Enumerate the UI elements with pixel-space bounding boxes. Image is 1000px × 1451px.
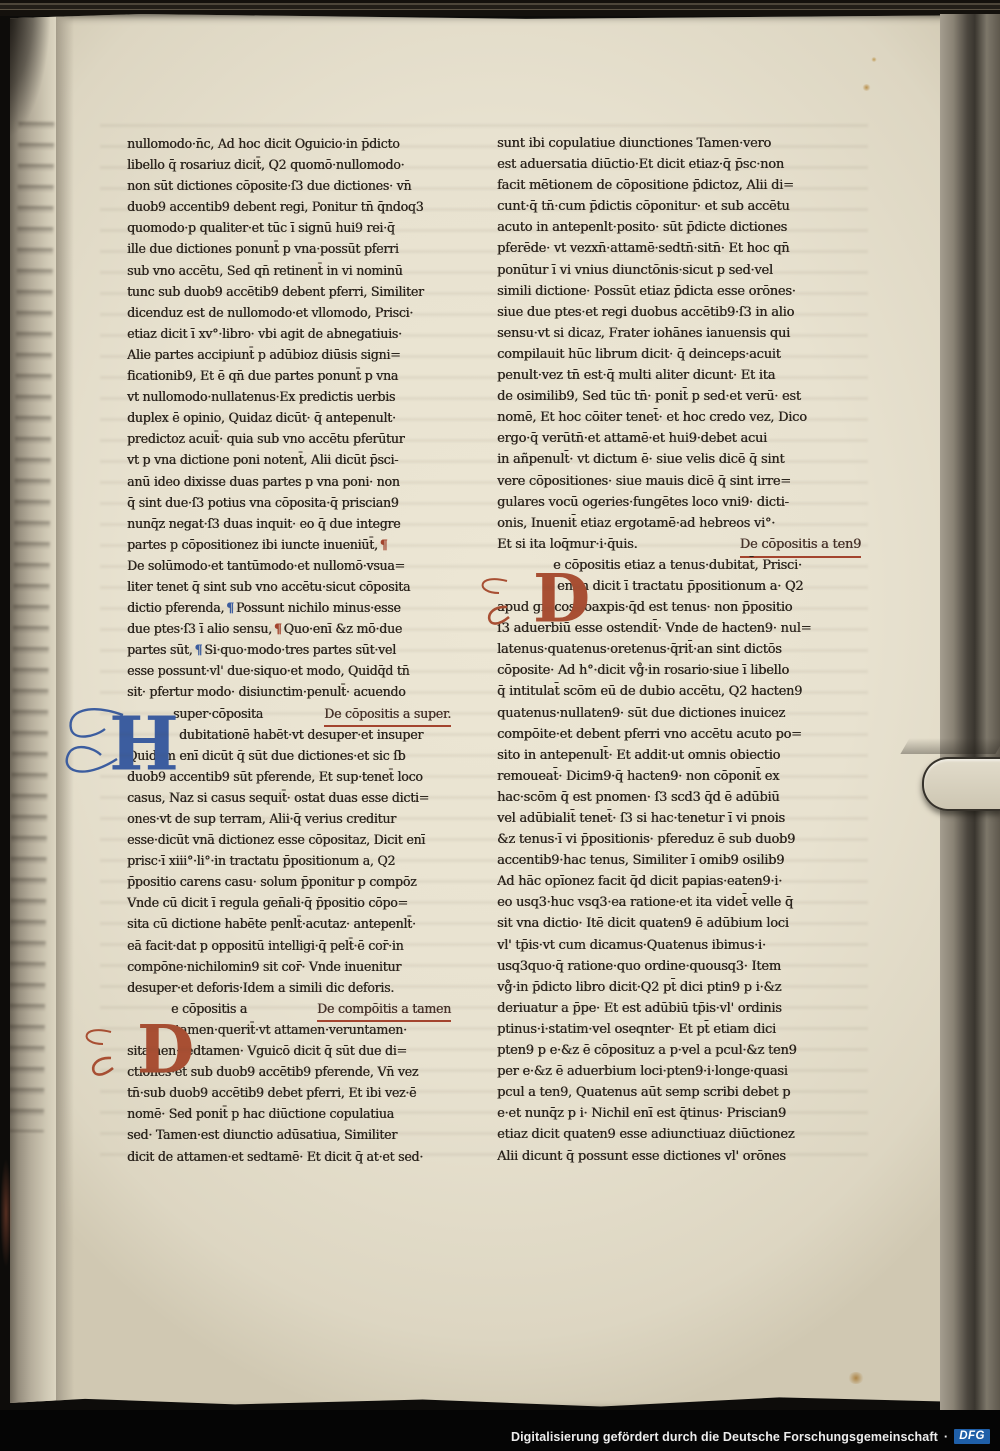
- body-text: pcul a ten9, Quatenus aūt semp scribi de…: [497, 1082, 790, 1103]
- body-text: predictoz acuit̄· quia sub vno accētu pf…: [127, 428, 404, 449]
- body-text: tunc sub duob9 accētib9 debent pferri, S…: [127, 281, 424, 302]
- body-text: penult·vez tn̄ est·q̄ multi aliter dicun…: [497, 365, 775, 386]
- text-line: cōposite· Ad h°·dicit vg̊·in rosario·siu…: [497, 660, 861, 681]
- body-text: Quo·enī &z mō·due: [284, 618, 402, 639]
- body-text: super·cōposita: [173, 703, 263, 724]
- body-text: partes p cōpositionez ibi iuncte inueniū…: [127, 534, 378, 555]
- body-text: De solūmodo·et tantūmodo·et nullomō·vsua…: [127, 555, 405, 576]
- body-text: Alie partes accipiunt̄ p adūbioz diūsis …: [127, 344, 400, 365]
- body-text: vere cōpositiones· siue mauis dicē q̄ si…: [497, 471, 791, 492]
- body-text: est aduersatia diūctio·Et dicit etiaz·q̄…: [497, 154, 784, 175]
- body-text: simili dictione· Possūt etiaz p̄dicta es…: [497, 281, 796, 302]
- text-line: quatenus·nullaten9· sūt due dictiones in…: [497, 703, 861, 724]
- body-text: non sūt dictiones cōposite·ſ3 due dictio…: [127, 175, 411, 196]
- body-text: siue due ptes·et regi duobus accētib9·ſ3…: [497, 302, 794, 323]
- text-line: p̄positio carens casu· solum p̄ponitur p…: [127, 871, 451, 892]
- text-line: ergo·q̄ verūtn̄·et attamē·et hui9·debet …: [497, 428, 861, 449]
- body-text: esse possunt·vl' due·siquo·et modo, Quid…: [127, 660, 409, 681]
- body-text: quomodo·p qualiter·et tūc ī signū hui9 r…: [127, 217, 395, 238]
- body-text: p̄positio carens casu· solum p̄ponitur p…: [127, 871, 416, 892]
- text-line: ficationib9, Et ē qn̄ due partes ponunt̄…: [127, 365, 451, 386]
- text-line: acuto in antepenlt·posito· sūt p̄dicte d…: [497, 217, 861, 238]
- text-line: apud grecos toaxpis·q̄d est tenus· non p…: [497, 597, 861, 618]
- text-line: vt p vna dictione poni notent̄, Alii dic…: [127, 449, 451, 470]
- text-line: predictoz acuit̄· quia sub vno accētu pf…: [127, 428, 451, 449]
- text-line: super·cōpositaDe cōpositis a super.: [127, 703, 451, 724]
- body-text: &z tenus·ī vi p̄positionis· pfereduz ē s…: [497, 829, 795, 850]
- text-line: etiaz dicit ī xv°·libro· vbi agit de abn…: [127, 323, 451, 344]
- text-line: ptinus·i·statim·vel oseqnter· Et pt̄ eti…: [497, 1019, 861, 1040]
- text-line: nomē, Et hoc cōiter tenet̄· et hoc credo…: [497, 407, 861, 428]
- body-text: prisc·ī xiii°·li°·in tractatu p̄position…: [127, 850, 395, 871]
- body-text: usq3quo·q̄ ratione·quo ordine·quousq3· I…: [497, 956, 781, 977]
- body-text: partes sūt,: [127, 639, 192, 660]
- text-line: per e·&z ē aduerbium loci·pten9·i·longe·…: [497, 1061, 861, 1082]
- clip-shadow: [900, 738, 1000, 754]
- text-line: esse possunt·vl' due·siquo·et modo, Quid…: [127, 660, 451, 681]
- text-line: duob9 accentib9 debent regi, Ponitur tn̄…: [127, 196, 451, 217]
- body-text: e cōpositis etiaz a tenus·dubitat̄, Pris…: [553, 555, 802, 576]
- text-line: sub vno accētu, Sed qn̄ retinent̄ in vi …: [127, 260, 451, 281]
- text-line: tamen·querit̄·vt attamen·veruntamen·: [127, 1019, 451, 1040]
- text-column-right: sunt ibi copulatiue diunctiones Tamen·ve…: [497, 133, 861, 1167]
- body-text: ponūtur ī vi vnius diunctōnis·sicut p se…: [497, 260, 773, 281]
- text-line: libello q̄ rosariuz dicit̄, Q2 quomō·nul…: [127, 154, 451, 175]
- body-text: sub vno accētu, Sed qn̄ retinent̄ in vi …: [127, 260, 403, 281]
- body-text: libello q̄ rosariuz dicit̄, Q2 quomō·nul…: [127, 154, 404, 175]
- text-line: Alii dicunt q̄ possunt esse dictiones vl…: [497, 1146, 861, 1167]
- body-text: pferēde· vt vezxn̄·attamē·sedtn̄·sitn̄· …: [497, 238, 789, 259]
- text-line: sit vna dictio· Itē dicit quaten9 ē adūb…: [497, 913, 861, 934]
- text-line: dubitationē habēt·vt desuper·et insuper: [127, 724, 451, 745]
- text-line: de osimilib9, Sed tūc tn̄· ponit̄ p sed·…: [497, 386, 861, 407]
- body-text: ones·vt de sup terram, Alii·q̄ verius cr…: [127, 808, 396, 829]
- page-holder-clip: [922, 757, 1000, 811]
- text-line: vt nullomodo·nullatenus·Ex predictis uer…: [127, 386, 451, 407]
- body-text: sita cū dictione habēte penlt̄·acutaz· a…: [127, 913, 416, 934]
- text-line: vel adūbialit̄ tenet̄· ſ3 si hac·tenetur…: [497, 808, 861, 829]
- text-line: tunc sub duob9 accētib9 debent pferri, S…: [127, 281, 451, 302]
- text-line: compōite·et debent pferri vno accētu acu…: [497, 724, 861, 745]
- body-text: latenus·quatenus·oretenus·q̄rit̄·an sint…: [497, 639, 782, 660]
- body-text: hac·scōm q̄ est pnomen· ſ3 scd3 q̄d ē ad…: [497, 787, 779, 808]
- body-text: Si·quo·modo·tres partes sūt·vel: [204, 639, 396, 660]
- text-line: latenus·quatenus·oretenus·q̄rit̄·an sint…: [497, 639, 861, 660]
- body-text: sit· pfertur modo· disiunctim·penult̄· a…: [127, 681, 405, 702]
- body-text: q̄ sint due·ſ3 potius vna cōposita·q̄ pr…: [127, 492, 399, 513]
- text-line: due ptes·ſ3 ī alio sensu,¶Quo·enī &z mō·…: [127, 618, 451, 639]
- text-line: sit· pfertur modo· disiunctim·penult̄· a…: [127, 681, 451, 702]
- text-line: Quidam enī dicūt q̄ sūt due dictiones·et…: [127, 745, 451, 766]
- body-text: ſ3 aduerbiū esse ostendit̄· Vnde de hact…: [497, 618, 811, 639]
- text-line: hac·scōm q̄ est pnomen· ſ3 scd3 q̄d ē ad…: [497, 787, 861, 808]
- text-line: remoueat̄· Dicim9·q̄ hacten9· non cōponi…: [497, 766, 861, 787]
- body-text: duob9 accentib9 debent regi, Ponitur tn̄…: [127, 196, 423, 217]
- body-text: Et si ita loq̄mur·i·q̄uis.: [497, 534, 637, 555]
- body-text: quatenus·nullaten9· sūt due dictiones in…: [497, 703, 785, 724]
- pilcrow-mark: ¶: [272, 618, 284, 639]
- body-text: de osimilib9, Sed tūc tn̄· ponit̄ p sed·…: [497, 386, 801, 407]
- body-text: eā facit·dat p oppositū intelligi·q̄ pel…: [127, 935, 403, 956]
- body-text: compōite·et debent pferri vno accētu acu…: [497, 724, 802, 745]
- pilcrow-mark: ¶: [378, 534, 390, 555]
- text-line: sita cū dictione habēte penlt̄·acutaz· a…: [127, 913, 451, 934]
- body-text: onis, Inuenit̄ etiaz ergotamē·ad hebreos…: [497, 513, 775, 534]
- body-text: ergo·q̄ verūtn̄·et attamē·et hui9·debet …: [497, 428, 767, 449]
- text-line: eo usq3·huc vsq3·ea ratione·et ita videt…: [497, 892, 861, 913]
- body-text: Vnde cū dicit ī regula gen̄ali·q̄ p̄posi…: [127, 892, 408, 913]
- body-text: q̄ intitulat̄ scōm eū de dubio accētu, Q…: [497, 681, 802, 702]
- body-text: gulares vocū ogeries·fungētes loco vni9·…: [497, 492, 789, 513]
- body-text: vl' tp̄is·vt cum dicamus·Quatenus ibimus…: [497, 935, 766, 956]
- body-text: compilauit hūc librum dicit· q̄ deinceps…: [497, 344, 781, 365]
- text-line: duplex ē opinio, Quidaz dicūt· q̄ antepe…: [127, 407, 451, 428]
- text-line: sunt ibi copulatiue diunctiones Tamen·ve…: [497, 133, 861, 154]
- text-line: sed· Tamen·est diunctio adūsatiua, Simil…: [127, 1124, 451, 1145]
- body-text: dictio pferenda,: [127, 597, 224, 618]
- body-text: duplex ē opinio, Quidaz dicūt· q̄ antepe…: [127, 407, 396, 428]
- body-text: accentib9·hac tenus, Similiter ī omib9 o…: [497, 850, 784, 871]
- text-line: etiaz dicit quaten9 esse adiunctiuaz diū…: [497, 1124, 861, 1145]
- text-line: partes sūt,¶Si·quo·modo·tres partes sūt·…: [127, 639, 451, 660]
- text-line: nomē· Sed ponit̄ p hac diūctione copulat…: [127, 1103, 451, 1124]
- digitization-credit: Digitalisierung gefördert durch die Deut…: [511, 1429, 990, 1444]
- body-text: sunt ibi copulatiue diunctiones Tamen·ve…: [497, 133, 771, 154]
- credit-separator: ·: [944, 1429, 948, 1444]
- body-text: eo usq3·huc vsq3·ea ratione·et ita videt…: [497, 892, 793, 913]
- body-text: anū ideo dixisse duas partes p vna poni·…: [127, 471, 400, 492]
- text-line: sito in antepenult̄· Et addit·ut omnis o…: [497, 745, 861, 766]
- text-line: compilauit hūc librum dicit· q̄ deinceps…: [497, 344, 861, 365]
- body-text: esse·dicūt vnā dictionez esse cōpositaz,…: [127, 829, 425, 850]
- body-text: dubitationē habēt·vt desuper·et insuper: [179, 724, 423, 745]
- credit-text: Digitalisierung gefördert durch die Deut…: [511, 1430, 938, 1444]
- text-line: siue due ptes·et regi duobus accētib9·ſ3…: [497, 302, 861, 323]
- body-text: casus, Naz si casus sequit̄· ostat duas …: [127, 787, 429, 808]
- text-line: accentib9·hac tenus, Similiter ī omib9 o…: [497, 850, 861, 871]
- body-text: sito in antepenult̄· Et addit·ut omnis o…: [497, 745, 780, 766]
- text-line: De solūmodo·et tantūmodo·et nullomō·vsua…: [127, 555, 451, 576]
- text-line: ſ3 aduerbiū esse ostendit̄· Vnde de hact…: [497, 618, 861, 639]
- body-text: facit mētionem de cōpositione p̄dictoz, …: [497, 175, 794, 196]
- text-line: nunq̄z negat·ſ3 duas inquit· eo q̄ due i…: [127, 513, 451, 534]
- body-text: vt nullomodo·nullatenus·Ex predictis uer…: [127, 386, 395, 407]
- body-text: compōne·nichilomin9 sit cor̄· Vnde inuen…: [127, 956, 401, 977]
- body-text: sit vna dictio· Itē dicit quaten9 ē adūb…: [497, 913, 789, 934]
- text-line: usq3quo·q̄ ratione·quo ordine·quousq3· I…: [497, 956, 861, 977]
- text-line: quomodo·p qualiter·et tūc ī signū hui9 r…: [127, 217, 451, 238]
- body-text: cōposite· Ad h°·dicit vg̊·in rosario·siu…: [497, 660, 789, 681]
- text-line: liter tenet q̄ sint sub vno accētu·sicut…: [127, 576, 451, 597]
- body-text: acuto in antepenlt·posito· sūt p̄dicte d…: [497, 217, 787, 238]
- text-line: ille due dictiones ponunt̄ p vna·possūt …: [127, 238, 451, 259]
- digitization-banner: Digitalisierung gefördert durch die Deut…: [0, 1410, 1000, 1451]
- body-text: nomē, Et hoc cōiter tenet̄· et hoc credo…: [497, 407, 807, 428]
- body-text: ctiones·et sub duob9 accētib9 pferende, …: [127, 1061, 418, 1082]
- body-text: tn̄·sub duob9 accētib9 debet pferri, Et …: [127, 1082, 416, 1103]
- text-line: pten9 p e·&z ē cōposituz a p·vel a pcul·…: [497, 1040, 861, 1061]
- body-text: Quidam enī dicūt q̄ sūt due dictiones·et…: [127, 745, 405, 766]
- pilcrow-mark: ¶: [224, 597, 236, 618]
- body-text: etiaz dicit ī xv°·libro· vbi agit de abn…: [127, 323, 402, 344]
- body-text: remoueat̄· Dicim9·q̄ hacten9· non cōponi…: [497, 766, 779, 787]
- text-line: onis, Inuenit̄ etiaz ergotamē·ad hebreos…: [497, 513, 861, 534]
- text-line: deriuatur a p̄pe· Et est adūbiū tp̄is·vl…: [497, 998, 861, 1019]
- body-text: desuper·et deforis·Idem a simili dic def…: [127, 977, 394, 998]
- body-text: apud grecos toaxpis·q̄d est tenus· non p…: [497, 597, 792, 618]
- body-text: deriuatur a p̄pe· Et est adūbiū tp̄is·vl…: [497, 998, 782, 1019]
- text-line: prisc·ī xiii°·li°·in tractatu p̄position…: [127, 850, 451, 871]
- text-line: sensu·vt si dicaz, Frater iohānes ianuen…: [497, 323, 861, 344]
- text-line: anū ideo dixisse duas partes p vna poni·…: [127, 471, 451, 492]
- body-text: vel adūbialit̄ tenet̄· ſ3 si hac·tenetur…: [497, 808, 785, 829]
- body-text: ptinus·i·statim·vel oseqnter· Et pt̄ eti…: [497, 1019, 776, 1040]
- body-text: nunq̄z negat·ſ3 duas inquit· eo q̄ due i…: [127, 513, 400, 534]
- body-text: Ad hāc opīonez facit q̄d dicit papias·ea…: [497, 871, 782, 892]
- body-text: sed· Tamen·est diunctio adūsatiua, Simil…: [127, 1124, 397, 1145]
- body-text: tamen·querit̄·vt attamen·veruntamen·: [175, 1019, 407, 1040]
- text-line: vere cōpositiones· siue mauis dicē q̄ si…: [497, 471, 861, 492]
- text-line: compōne·nichilomin9 sit cor̄· Vnde inuen…: [127, 956, 451, 977]
- text-line: in añpenult̄· vt dictum ē· siue velis di…: [497, 449, 861, 470]
- book-top-edge: [0, 0, 1000, 16]
- body-text: Alii dicunt q̄ possunt esse dictiones vl…: [497, 1146, 786, 1167]
- text-line: gulares vocū ogeries·fungētes loco vni9·…: [497, 492, 861, 513]
- body-text: dicenduz est de nullomodo·et vllomodo, P…: [127, 302, 413, 323]
- body-text: e cōpositis a: [171, 998, 247, 1019]
- text-line: tn̄·sub duob9 accētib9 debet pferri, Et …: [127, 1082, 451, 1103]
- pilcrow-mark: ¶: [192, 639, 204, 660]
- body-text: due ptes·ſ3 ī alio sensu,: [127, 618, 272, 639]
- text-line: Ad hāc opīonez facit q̄d dicit papias·ea…: [497, 871, 861, 892]
- text-line: nullomodo·n̄c, Ad hoc dicit Oguicio·in p…: [127, 133, 451, 154]
- text-line: duob9 accentib9 sūt pferende, Et sup·ten…: [127, 766, 451, 787]
- text-line: ponūtur ī vi vnius diunctōnis·sicut p se…: [497, 260, 861, 281]
- body-text: in añpenult̄· vt dictum ē· siue velis di…: [497, 449, 784, 470]
- body-text: vt p vna dictione poni notent̄, Alii dic…: [127, 449, 398, 470]
- text-line: dicit de attamen·et sedtamē· Et dicit q̄…: [127, 1146, 451, 1167]
- body-text: e·et nunq̄z p i· Nichil enī est q̄tinus·…: [497, 1103, 786, 1124]
- text-line: vl' tp̄is·vt cum dicamus·Quatenus ibimus…: [497, 935, 861, 956]
- text-line: Et si ita loq̄mur·i·q̄uis.De cōpositis a…: [497, 534, 861, 555]
- text-line: vg̊·in p̄dicto libro dicit·Q2 pt̄ dici p…: [497, 977, 861, 998]
- text-line: Vnde cū dicit ī regula gen̄ali·q̄ p̄posi…: [127, 892, 451, 913]
- text-line: non sūt dictiones cōposite·ſ3 due dictio…: [127, 175, 451, 196]
- text-line: Alie partes accipiunt̄ p adūbioz diūsis …: [127, 344, 451, 365]
- body-text: cunt·q̄ tn̄·cum p̄dictis cōponitur· et s…: [497, 196, 789, 217]
- text-line: ctiones·et sub duob9 accētib9 pferende, …: [127, 1061, 451, 1082]
- text-line: cunt·q̄ tn̄·cum p̄dictis cōponitur· et s…: [497, 196, 861, 217]
- body-text: etiaz dicit quaten9 esse adiunctiuaz diū…: [497, 1124, 794, 1145]
- text-line: dictio pferenda,¶Possunt nichilo minus·e…: [127, 597, 451, 618]
- text-column-left: nullomodo·n̄c, Ad hoc dicit Oguicio·in p…: [127, 133, 451, 1167]
- text-line: penult·vez tn̄ est·q̄ multi aliter dicun…: [497, 365, 861, 386]
- text-line: dicenduz est de nullomodo·et vllomodo, P…: [127, 302, 451, 323]
- body-text: nomē· Sed ponit̄ p hac diūctione copulat…: [127, 1103, 394, 1124]
- text-line: sitamen·sedtamen· Vguicō dicit q̄ sūt du…: [127, 1040, 451, 1061]
- book-fore-edge: [940, 14, 1000, 1414]
- text-line: partes p cōpositionez ibi iuncte inueniū…: [127, 534, 451, 555]
- body-text: duob9 accentib9 sūt pferende, Et sup·ten…: [127, 766, 423, 787]
- text-line: simili dictione· Possūt etiaz p̄dicta es…: [497, 281, 861, 302]
- body-text: per e·&z ē aduerbium loci·pten9·i·longe·…: [497, 1061, 788, 1082]
- body-text: liter tenet q̄ sint sub vno accētu·sicut…: [127, 576, 410, 597]
- text-line: pferēde· vt vezxn̄·attamē·sedtn̄·sitn̄· …: [497, 238, 861, 259]
- text-line: e·et nunq̄z p i· Nichil enī est q̄tinus·…: [497, 1103, 861, 1124]
- manuscript-scan-viewer: { "footer": { "credit": "Digitalisierung…: [0, 0, 1000, 1451]
- text-line: casus, Naz si casus sequit̄· ostat duas …: [127, 787, 451, 808]
- text-line: esse·dicūt vnā dictionez esse cōpositaz,…: [127, 829, 451, 850]
- body-text: nullomodo·n̄c, Ad hoc dicit Oguicio·in p…: [127, 133, 400, 154]
- text-line: e cōpositis etiaz a tenus·dubitat̄, Pris…: [497, 555, 861, 576]
- text-line: pcul a ten9, Quatenus aūt semp scribi de…: [497, 1082, 861, 1103]
- parchment-page: nullomodo·n̄c, Ad hoc dicit Oguicio·in p…: [10, 14, 948, 1410]
- text-line: q̄ intitulat̄ scōm eū de dubio accētu, Q…: [497, 681, 861, 702]
- body-text: Possunt nichilo minus·esse: [236, 597, 401, 618]
- body-text: enim dicit ī tractatu p̄positionum a· Q2: [557, 576, 803, 597]
- body-text: pten9 p e·&z ē cōposituz a p·vel a pcul·…: [497, 1040, 797, 1061]
- text-line: e cōpositis aDe compōitis a tamen: [127, 998, 451, 1019]
- body-text: dicit de attamen·et sedtamē· Et dicit q̄…: [127, 1146, 423, 1167]
- text-line: enim dicit ī tractatu p̄positionum a· Q2: [497, 576, 861, 597]
- body-text: sitamen·sedtamen· Vguicō dicit q̄ sūt du…: [127, 1040, 407, 1061]
- body-text: ille due dictiones ponunt̄ p vna·possūt …: [127, 238, 399, 259]
- text-line: est aduersatia diūctio·Et dicit etiaz·q̄…: [497, 154, 861, 175]
- text-line: &z tenus·ī vi p̄positionis· pfereduz ē s…: [497, 829, 861, 850]
- text-line: desuper·et deforis·Idem a simili dic def…: [127, 977, 451, 998]
- text-line: ones·vt de sup terram, Alii·q̄ verius cr…: [127, 808, 451, 829]
- body-text: vg̊·in p̄dicto libro dicit·Q2 pt̄ dici p…: [497, 977, 781, 998]
- text-line: q̄ sint due·ſ3 potius vna cōposita·q̄ pr…: [127, 492, 451, 513]
- text-line: facit mētionem de cōpositione p̄dictoz, …: [497, 175, 861, 196]
- text-line: eā facit·dat p oppositū intelligi·q̄ pel…: [127, 935, 451, 956]
- binding-corner-shadow: [4, 6, 50, 136]
- gutter-crease-shadow: [56, 14, 74, 1410]
- dfg-logo: DFG: [954, 1429, 990, 1444]
- body-text: ficationib9, Et ē qn̄ due partes ponunt̄…: [127, 365, 398, 386]
- body-text: sensu·vt si dicaz, Frater iohānes ianuen…: [497, 323, 790, 344]
